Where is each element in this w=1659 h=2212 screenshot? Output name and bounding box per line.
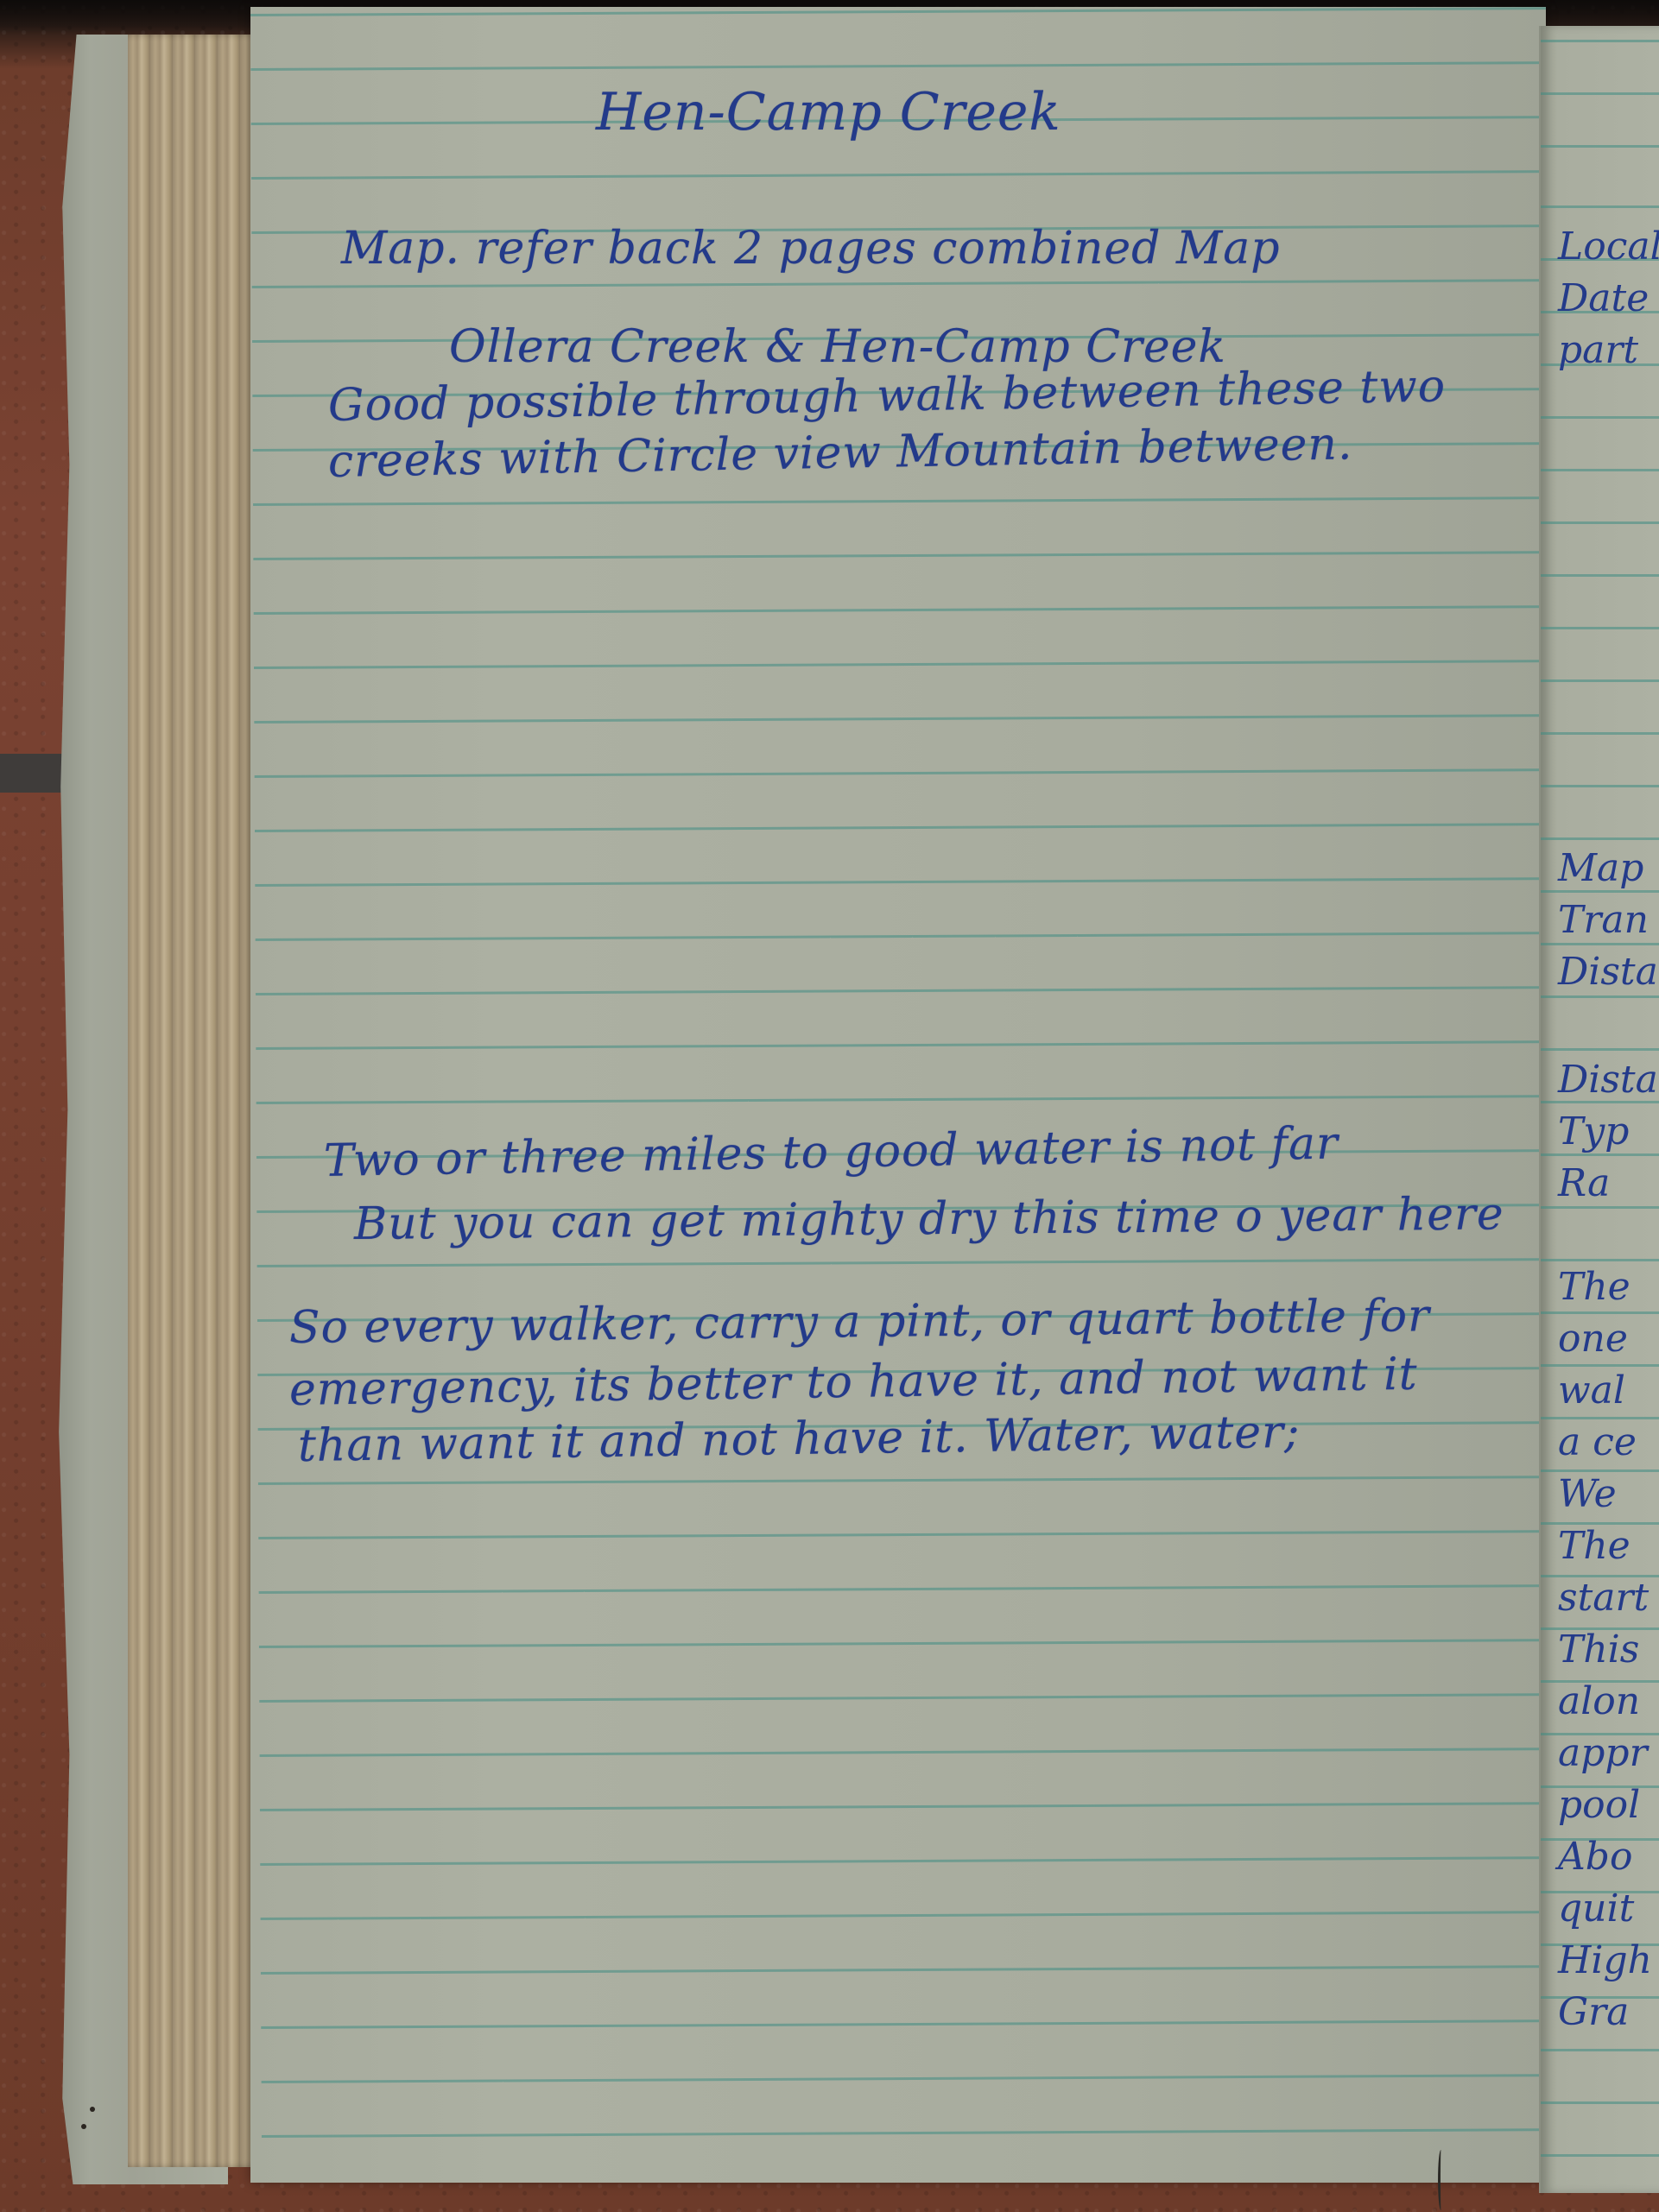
partial-word: Ra (1558, 1161, 1610, 1205)
partial-word: We (1558, 1472, 1617, 1516)
page-hole (81, 2124, 86, 2129)
partial-word: The (1558, 1265, 1631, 1309)
partial-word: Distan (1558, 950, 1659, 994)
page-title: Hen-Camp Creek (596, 82, 1061, 142)
partial-word: appr (1558, 1731, 1648, 1775)
right-notebook-page-partial: LocalDatepartMapTranDistanDistaTypRaTheo… (1539, 26, 1659, 2193)
partial-word: The (1558, 1524, 1631, 1568)
page-stack-binding (128, 35, 266, 2167)
partial-word: start (1558, 1576, 1649, 1620)
partial-word: alon (1558, 1679, 1640, 1723)
handwritten-line: But you can get mighty dry this time o y… (354, 1188, 1504, 1250)
partial-word: a ce (1558, 1420, 1637, 1464)
partial-word: one (1558, 1317, 1628, 1361)
partial-word: Local (1558, 224, 1659, 269)
partial-word: Gra (1558, 1990, 1629, 2034)
partial-word: This (1558, 1627, 1639, 1672)
partial-word: Map (1558, 846, 1643, 890)
partial-word: Tran (1558, 898, 1649, 942)
handwritten-line: Ollera Creek & Hen-Camp Creek (449, 321, 1226, 373)
page-tear (1438, 2150, 1444, 2210)
partial-word: High (1558, 1938, 1652, 1982)
partial-word: part (1558, 328, 1638, 372)
page-hole (90, 2107, 95, 2112)
partial-word: pool (1558, 1783, 1640, 1827)
partial-word: wal (1558, 1368, 1625, 1413)
partial-word: Abo (1558, 1835, 1632, 1879)
partial-word: Date (1558, 276, 1649, 320)
partial-word: quit (1558, 1887, 1634, 1931)
partial-word: Typ (1558, 1109, 1629, 1153)
handwritten-line: Map. refer back 2 pages combined Map (341, 223, 1281, 275)
partial-word: Dista (1558, 1058, 1658, 1102)
